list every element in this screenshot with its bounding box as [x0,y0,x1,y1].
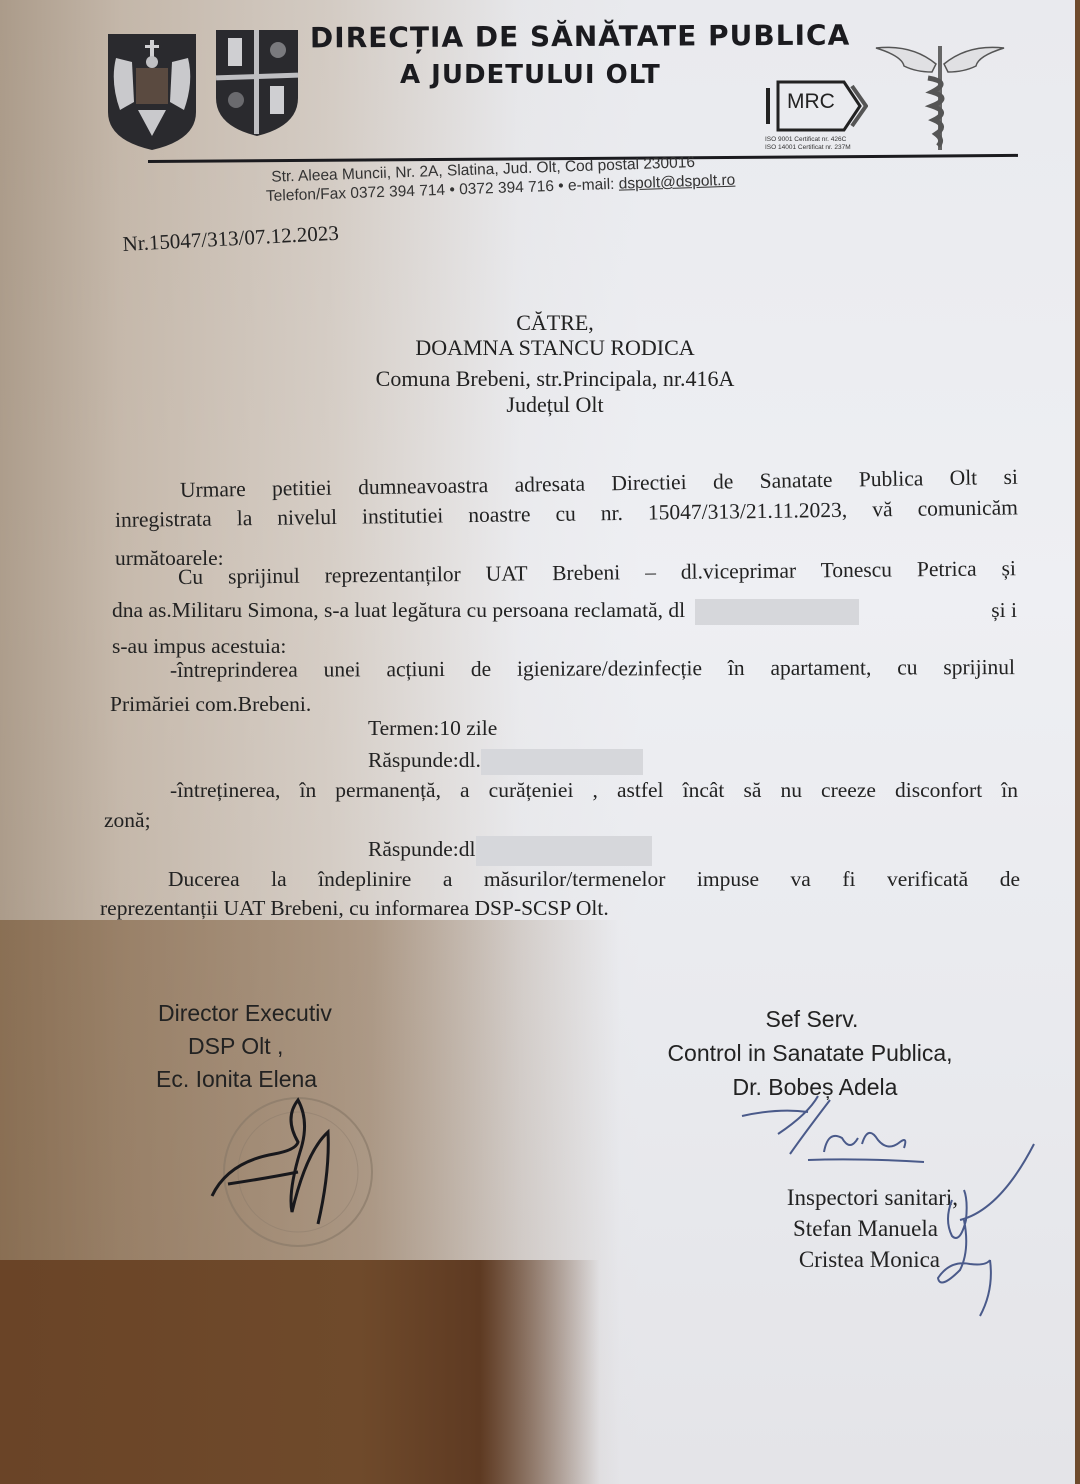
service-head-dept: Control in Sanatate Publica, [640,1036,980,1070]
romania-coat-of-arms-icon [106,32,198,152]
director-name: Ec. Ionita Elena [156,1062,366,1096]
measure-2-line-1: -întreținerea, în permanență, a curățeni… [170,778,1018,803]
service-head-signature [738,1094,928,1164]
institution-title: DIRECȚIA DE SĂNĂTATE PUBLICA [310,19,850,55]
redacted-name [476,836,652,866]
measure-2-line-2: zonă; [104,808,151,833]
service-head-title: Sef Serv. [640,1002,980,1036]
official-stamp-with-signature [208,1092,388,1252]
addressee-county: Județul Olt [250,390,860,419]
inspectors-block: Inspectori sanitari, Stefan Manuela Cris… [740,1182,958,1275]
inspectors-signatures [930,1140,1040,1320]
inspector-name: Stefan Manuela [740,1213,958,1244]
table-surface [0,1260,600,1484]
inspectors-title: Inspectori sanitari, [740,1182,958,1213]
measure-1-line-2: Primăriei com.Brebeni. [110,692,311,717]
body-paragraph-2-line-3: s-au impus acestuia: [112,634,286,659]
director-title: Director Executiv [156,996,366,1030]
mrc-label: MRC [787,90,835,114]
measure-1-line-1: -întreprinderea unei acțiuni de igieniza… [170,655,1015,683]
measure-2-responsible: Răspunde:dl [368,836,652,866]
olt-county-coat-of-arms-icon [214,26,300,138]
director-signature-block: Director Executiv DSP Olt , Ec. Ionita E… [156,996,366,1096]
email-link[interactable]: dspolt@dspolt.ro [618,172,735,193]
redacted-name [695,599,859,625]
body-paragraph-3-line-2: reprezentanții UAT Brebeni, cu informare… [100,896,609,921]
institution-subtitle: A JUDETULUI OLT [400,60,661,90]
addressee-name: DOAMNA STANCU RODICA [250,333,860,362]
measure-1-deadline: Termen:10 zile [368,716,497,741]
caduceus-icon [872,38,1008,154]
director-org: DSP Olt , [156,1030,366,1062]
mrc-certificates: ISO 9001 Certificat nr. 426C ISO 14001 C… [765,136,851,152]
inspector-name: Cristea Monica [740,1244,958,1275]
body-paragraph-3-line-1: Ducerea la îndeplinire a măsurilor/terme… [168,867,1020,892]
body-paragraph-2-line-2: dna as.Militaru Simona, s-a luat legătur… [112,598,1017,625]
measure-1-responsible: Răspunde:dl. [368,748,643,775]
service-head-signature-block: Sef Serv. Control in Sanatate Publica, D… [640,1002,980,1104]
addressee-address: Comuna Brebeni, str.Principala, nr.416A [250,364,860,393]
redacted-name [481,749,643,775]
